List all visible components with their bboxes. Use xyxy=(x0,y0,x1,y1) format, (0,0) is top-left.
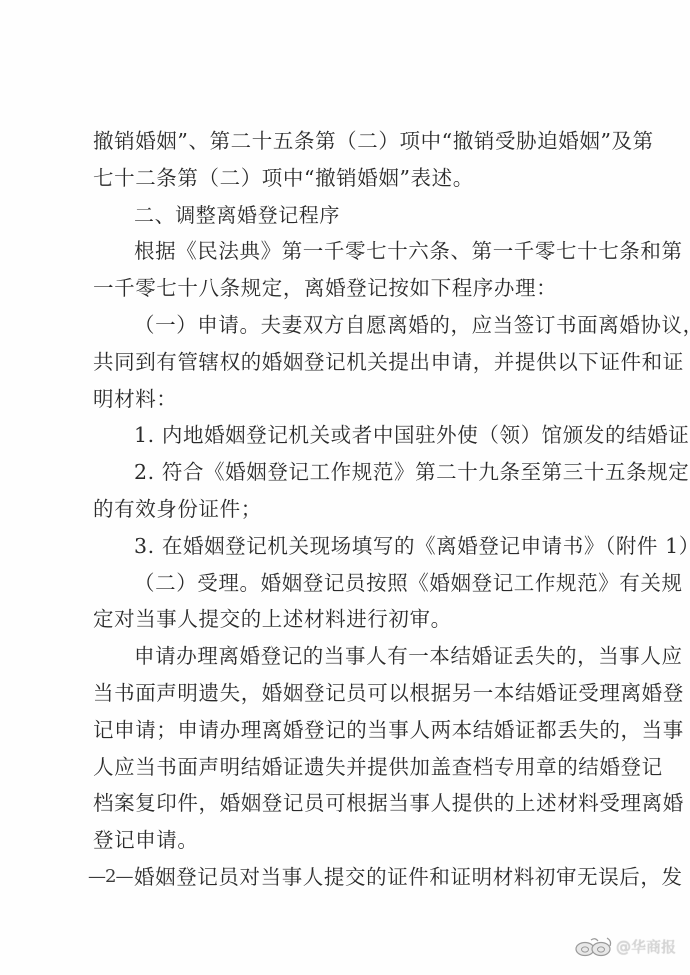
document-page: 撤销婚姻”、第二十五条第（二）项中“撤销受胁迫婚姻”及第 七十二条第（二）项中“… xyxy=(0,0,690,975)
text-line: 档案复印件，婚姻登记员可根据当事人提供的上述材料受理离婚 xyxy=(93,785,605,822)
text-line: 根据《民法典》第一千零七十六条、第一千零七十七条和第 xyxy=(93,233,605,270)
text-line: 明材料： xyxy=(93,381,605,418)
page-number: —2— xyxy=(88,866,132,887)
text-line: 当书面声明遗失，婚姻登记员可以根据另一本结婚证受理离婚登 xyxy=(93,675,605,712)
watermark: @华商报 xyxy=(574,935,676,957)
weibo-logo-icon xyxy=(574,935,614,957)
text-line: 撤销婚姻”、第二十五条第（二）项中“撤销受胁迫婚姻”及第 xyxy=(93,123,605,160)
text-line: （一）申请。夫妻双方自愿离婚的，应当签订书面离婚协议， xyxy=(93,307,605,344)
watermark-text: @华商报 xyxy=(616,936,676,957)
document-body: 撤销婚姻”、第二十五条第（二）项中“撤销受胁迫婚姻”及第 七十二条第（二）项中“… xyxy=(93,123,605,896)
text-line: 定对当事人提交的上述材料进行初审。 xyxy=(93,601,605,638)
text-line: 七十二条第（二）项中“撤销婚姻”表述。 xyxy=(93,160,605,197)
text-line: 一千零七十八条规定，离婚登记按如下程序办理： xyxy=(93,270,605,307)
text-line: 记申请；申请办理离婚登记的当事人两本结婚证都丢失的，当事 xyxy=(93,712,605,749)
text-line: 人应当书面声明结婚证遗失并提供加盖查档专用章的结婚登记 xyxy=(93,749,605,786)
list-item: 1. 内地婚姻登记机关或者中国驻外使（领）馆颁发的结婚证； xyxy=(93,417,605,454)
text-line: 婚姻登记员对当事人提交的证件和证明材料初审无误后，发 xyxy=(93,859,605,896)
text-line: 申请办理离婚登记的当事人有一本结婚证丢失的，当事人应 xyxy=(93,638,605,675)
list-item: 3. 在婚姻登记机关现场填写的《离婚登记申请书》（附件 1）。 xyxy=(93,528,605,565)
section-heading: 二、调整离婚登记程序 xyxy=(93,197,605,234)
text-line: 的有效身份证件； xyxy=(93,491,605,528)
text-line: 共同到有管辖权的婚姻登记机关提出申请，并提供以下证件和证 xyxy=(93,344,605,381)
list-item: 2. 符合《婚姻登记工作规范》第二十九条至第三十五条规定 xyxy=(93,454,605,491)
text-line: 登记申请。 xyxy=(93,822,605,859)
text-line: （二）受理。婚姻登记员按照《婚姻登记工作规范》有关规 xyxy=(93,565,605,602)
